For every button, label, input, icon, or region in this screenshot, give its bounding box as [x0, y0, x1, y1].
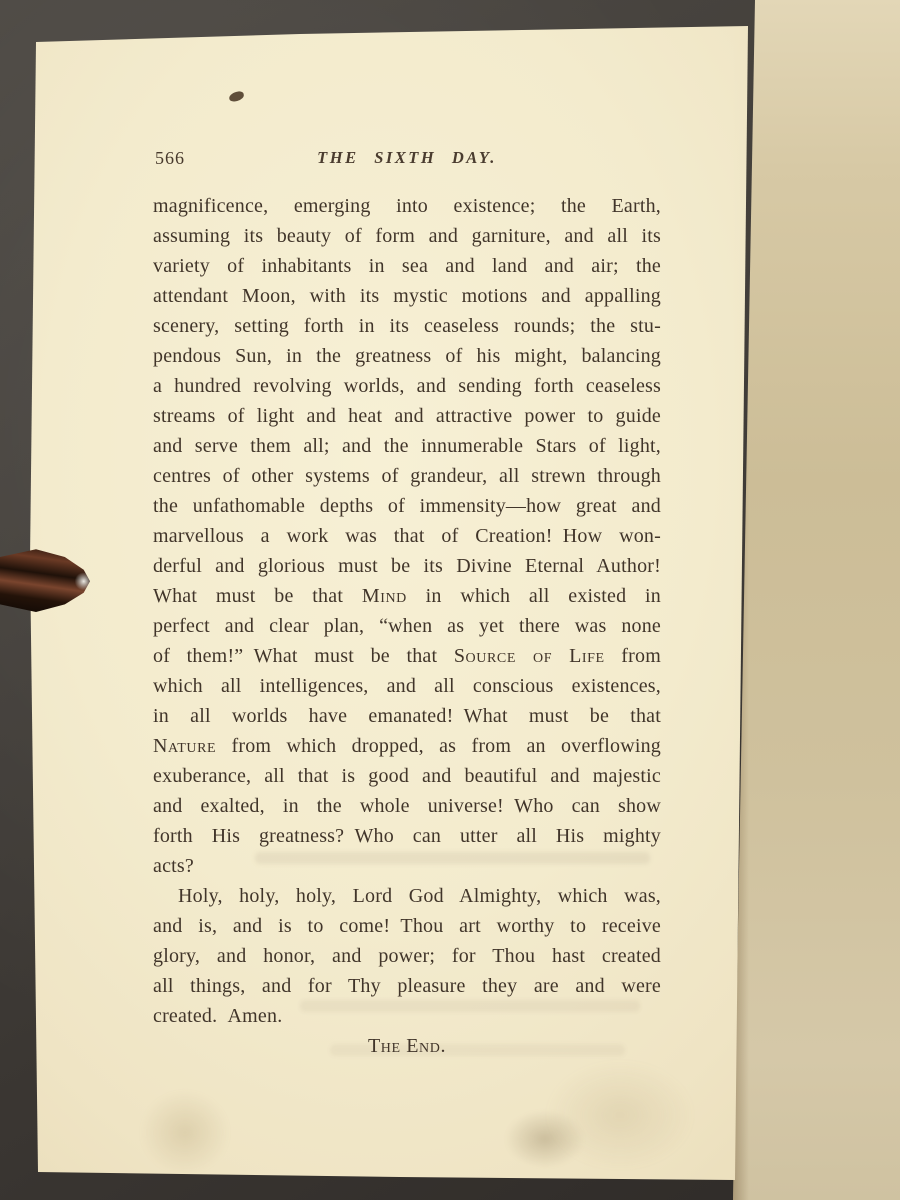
small-caps-text: Mind — [362, 585, 407, 607]
page-number: 566 — [155, 148, 185, 169]
text-line: scenery, setting forth in its ceaseless … — [153, 311, 661, 341]
running-head: THE SIXTH DAY. — [153, 148, 661, 168]
body-text: magnificence, emerging into existence; t… — [153, 191, 661, 1061]
text-line: derful and glorious must be its Divine E… — [153, 551, 661, 581]
foxing-stain — [140, 1090, 230, 1175]
text-line: acts? — [153, 851, 661, 881]
text-line: variety of inhabitants in sea and land a… — [153, 251, 661, 281]
text-line: streams of light and heat and attractive… — [153, 401, 661, 431]
text-line: and exalted, in the whole universe! Who … — [153, 791, 661, 821]
text-line: the unfathomable depths of immensity—how… — [153, 491, 661, 521]
text-line: and serve them all; and the innumerable … — [153, 431, 661, 461]
text-line: perfect and clear plan, “when as yet the… — [153, 611, 661, 641]
foxing-stain — [545, 1060, 695, 1170]
text-line: assuming its beauty of form and garnitur… — [153, 221, 661, 251]
the-end-line: The End. — [153, 1031, 661, 1061]
book-photo: 566 THE SIXTH DAY. magnificence, emergin… — [0, 0, 900, 1200]
book-fore-edge-pages — [733, 0, 900, 1200]
text-line: pendous Sun, in the greatness of his mig… — [153, 341, 661, 371]
small-caps-text: The End. — [368, 1035, 446, 1057]
text-line: in all worlds have emanated! What must b… — [153, 701, 661, 731]
text-line: which all intelligences, and all conscio… — [153, 671, 661, 701]
text-line: all things, and for Thy pleasure they ar… — [153, 971, 661, 1001]
text-line: of them!” What must be that Source of Li… — [153, 641, 661, 671]
text-line: magnificence, emerging into existence; t… — [153, 191, 661, 221]
text-line: attendant Moon, with its mystic motions … — [153, 281, 661, 311]
text-line: Nature from which dropped, as from an ov… — [153, 731, 661, 761]
text-line: glory, and honor, and power; for Thou ha… — [153, 941, 661, 971]
text-line: exuberance, all that is good and beautif… — [153, 761, 661, 791]
text-line: marvellous a work was that of Creation! … — [153, 521, 661, 551]
text-line: Holy, holy, holy, Lord God Almighty, whi… — [153, 881, 661, 911]
ink-speck — [228, 90, 245, 102]
text-line: a hundred revolving worlds, and sending … — [153, 371, 661, 401]
text-line: centres of other systems of grandeur, al… — [153, 461, 661, 491]
text-line: and is, and is to come! Thou art worthy … — [153, 911, 661, 941]
text-line: What must be that Mind in which all exis… — [153, 581, 661, 611]
text-line: forth His greatness? Who can utter all H… — [153, 821, 661, 851]
small-caps-text: Source of Life — [454, 645, 605, 667]
page-header: 566 THE SIXTH DAY. — [153, 148, 661, 174]
small-caps-text: Nature — [153, 735, 216, 757]
text-line: created. Amen. — [153, 1001, 661, 1031]
